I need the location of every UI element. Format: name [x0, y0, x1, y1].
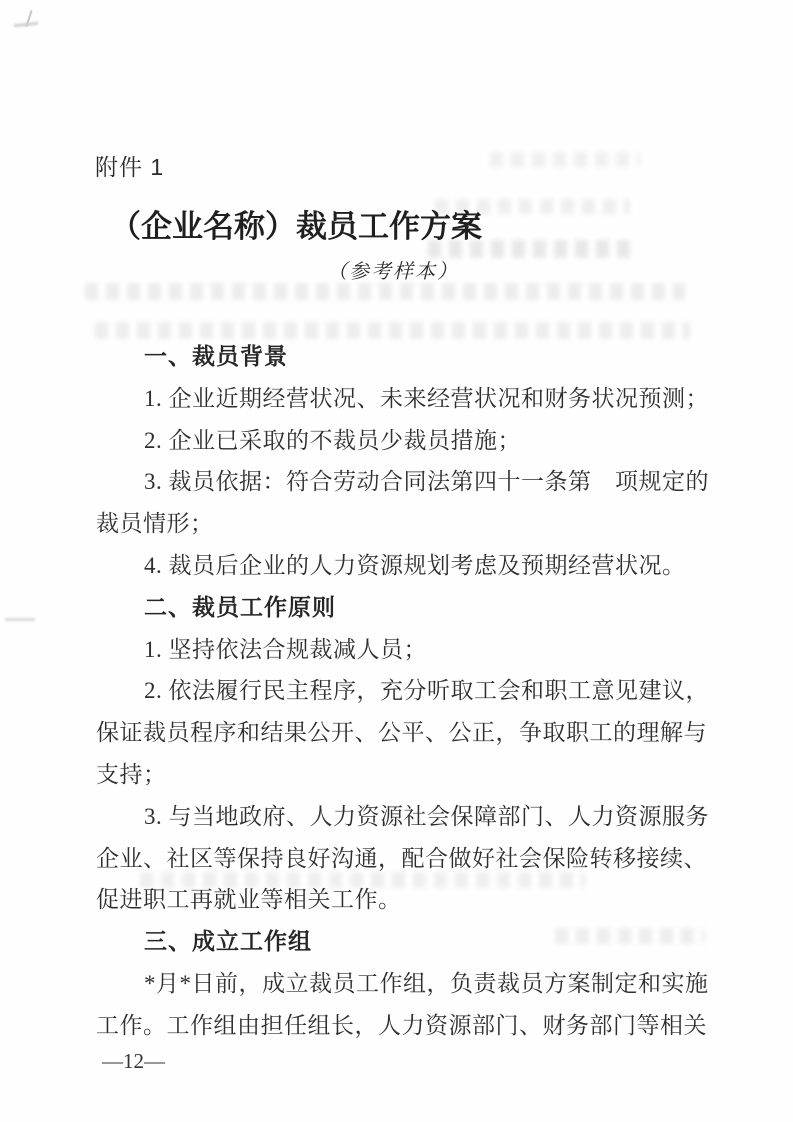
body-line: 2. 企业已采取的不裁员少裁员措施；	[96, 420, 676, 462]
bleed-through-artifact	[85, 283, 685, 300]
body-line: 保证裁员程序和结果公开、公平、公正，争取职工的理解与	[96, 712, 676, 754]
body-line: 裁员情形；	[96, 503, 676, 545]
body-line: 4. 裁员后企业的人力资源规划考虑及预期经营状况。	[96, 545, 676, 587]
body-line: 企业、社区等保持良好沟通，配合做好社会保险转移接续、	[96, 838, 676, 880]
document-body: 一、裁员背景1. 企业近期经营状况、未来经营状况和财务状况预测；2. 企业已采取…	[96, 336, 676, 1047]
page-number: —12—	[102, 1049, 165, 1074]
scan-corner-mark	[14, 10, 40, 30]
body-line: 1. 坚持依法合规裁减人员；	[96, 629, 676, 671]
body-line: 3. 与当地政府、人力资源社会保障部门、人力资源服务	[96, 796, 676, 838]
body-line: 促进职工再就业等相关工作。	[96, 879, 676, 921]
document-title: （企业名称）裁员工作方案	[110, 201, 482, 246]
body-line: 三、成立工作组	[96, 921, 676, 963]
body-line: *月*日前，成立裁员工作组，负责裁员方案制定和实施	[96, 963, 676, 1005]
body-line: 支持；	[96, 754, 676, 796]
body-line: 3. 裁员依据：符合劳动合同法第四十一条第 项规定的	[96, 461, 676, 503]
body-line: 工作。工作组由担任组长，人力资源部门、财务部门等相关	[96, 1005, 676, 1047]
attachment-label: 附件 1	[95, 149, 164, 182]
scan-edge-smudge	[5, 618, 35, 621]
body-line: 二、裁员工作原则	[96, 587, 676, 629]
document-page: 附件 1 （企业名称）裁员工作方案 （参考样本） 一、裁员背景1. 企业近期经营…	[0, 0, 793, 1122]
document-subtitle: （参考样本）	[327, 255, 459, 284]
body-line: 一、裁员背景	[96, 336, 676, 378]
body-line: 1. 企业近期经营状况、未来经营状况和财务状况预测；	[96, 378, 676, 420]
bleed-through-artifact	[490, 152, 640, 167]
body-line: 2. 依法履行民主程序，充分听取工会和职工意见建议，	[96, 670, 676, 712]
